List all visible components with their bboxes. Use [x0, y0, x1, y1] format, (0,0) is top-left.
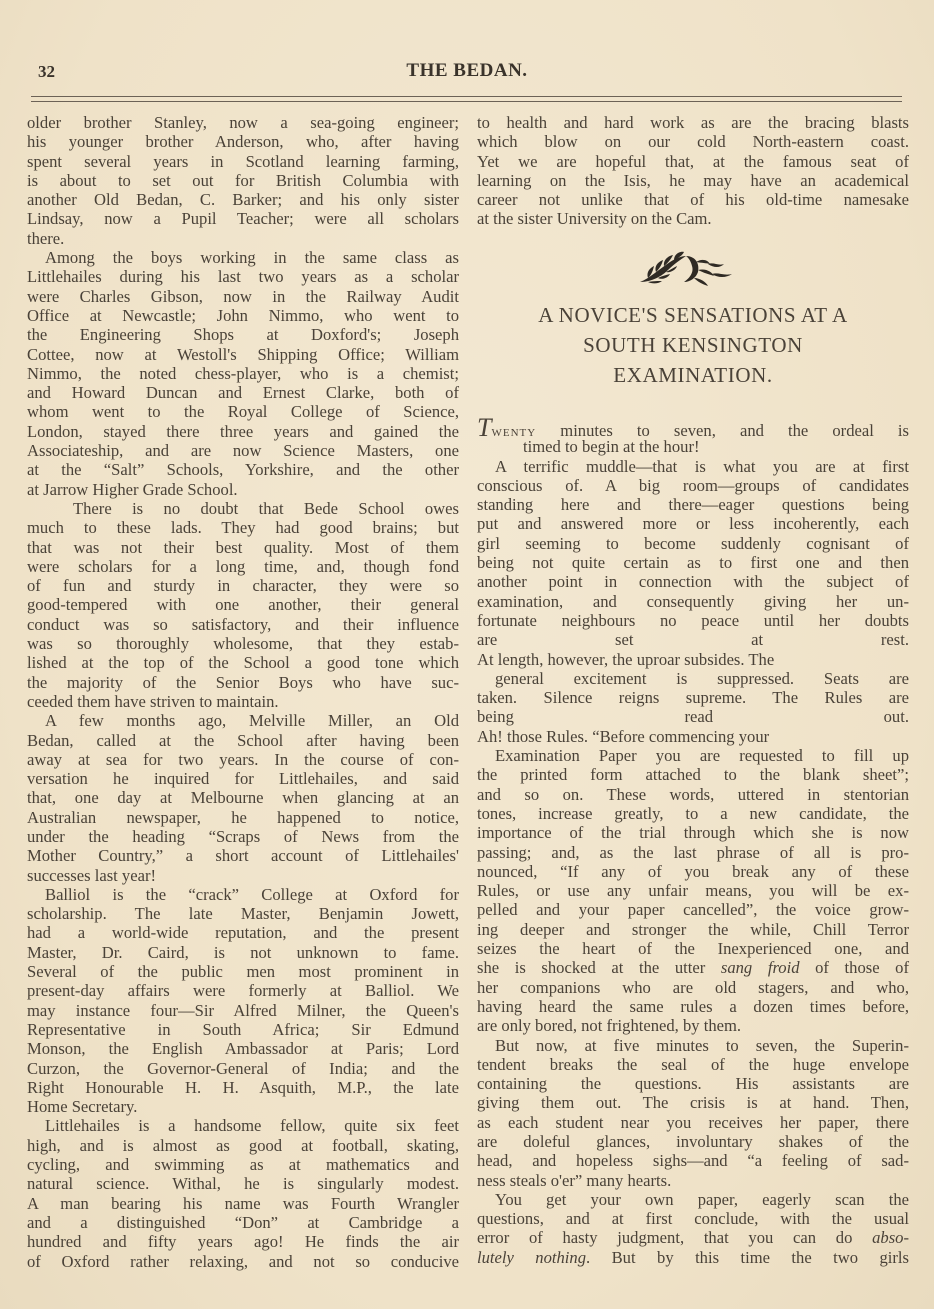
text-line: general excitement is suppressed. Seats … — [477, 669, 909, 688]
text-line: A few months ago, Melville Miller, an Ol… — [27, 711, 459, 730]
italic-phrase: lutely nothing — [477, 1248, 586, 1267]
text-line: A man bearing his name was Fourth Wrangl… — [27, 1194, 459, 1213]
text-line: Ah! those Rules. “Before commencing your — [477, 727, 909, 746]
text-line: girl seeming to become suddenly cognisan… — [477, 534, 909, 553]
text-line: You get your own paper, eagerly scan the — [477, 1190, 909, 1209]
text-line: scholarship. The late Master, Benjamin J… — [27, 904, 459, 923]
text-line: Home Secretary. — [27, 1097, 459, 1116]
text-line: of fun and sturdy in character, they wer… — [27, 576, 459, 595]
text-line: Balliol is the “crack” College at Oxford… — [27, 885, 459, 904]
text-line: as each student near you receives her pa… — [477, 1113, 909, 1132]
header-rule — [31, 96, 902, 102]
text-line: containing the questions. His assistants… — [477, 1074, 909, 1093]
article-title-line-3: EXAMINATION. — [477, 360, 909, 390]
text-line: Littlehailes during his last two years a… — [27, 267, 459, 286]
text-line: London, stayed there three years and gai… — [27, 422, 459, 441]
text-line: her companions who are old stagers, and … — [477, 978, 909, 997]
text-line: the printed form attached to the blank s… — [477, 765, 909, 784]
text-line: whom went to the Royal College of Scienc… — [27, 402, 459, 421]
text-line: being read out. — [477, 707, 909, 726]
text-line: having heard the same rules a dozen time… — [477, 997, 909, 1016]
text-line: and Howard Duncan and Ernest Clarke, bot… — [27, 383, 459, 402]
text-line: Master, Dr. Caird, is not unknown to fam… — [27, 943, 459, 962]
text-line: lished at the top of the School a good t… — [27, 653, 459, 672]
text-line: away at sea for two years. In the course… — [27, 750, 459, 769]
text-line: passing; and, as the last phrase of all … — [477, 843, 909, 862]
text-line: versation he inquired for Littlehailes, … — [27, 769, 459, 788]
text-line: There is no doubt that Bede School owes — [27, 499, 459, 518]
text-line: ing deeper and stronger the while, Chill… — [477, 920, 909, 939]
text-line: are doleful glances, involuntary shakes … — [477, 1132, 909, 1151]
text-segment: she is shocked at the utter — [477, 958, 721, 977]
text-line: Rules, or use any unfair means, you will… — [477, 881, 909, 900]
text-line: may instance four—Sir Alfred Milner, the… — [27, 1001, 459, 1020]
text-line: Office at Newcastle; John Nimmo, who wen… — [27, 306, 459, 325]
text-line: Cottee, now at Westoll's Shipping Office… — [27, 345, 459, 364]
text-line: taken. Silence reigns supreme. The Rules… — [477, 688, 909, 707]
text-line: at the “Salt” Schools, Yorkshire, and th… — [27, 460, 459, 479]
text-line: his younger brother Anderson, who, after… — [27, 132, 459, 151]
text-line: another point in connection with the sub… — [477, 572, 909, 591]
text-line: importance of the trial through which sh… — [477, 823, 909, 842]
text-line: Nimmo, the noted chess-player, who is a … — [27, 364, 459, 383]
drop-cap: T — [477, 413, 491, 442]
text-line: are only bored, not frightened, by them. — [477, 1016, 909, 1035]
text-line: standing here and there—eager questions … — [477, 495, 909, 514]
text-line: under the heading “Scraps of News from t… — [27, 827, 459, 846]
right-column: to health and hard work as are the braci… — [477, 113, 909, 229]
left-column: older brother Stanley, now a sea-going e… — [27, 113, 459, 1271]
text-line: learning on the Isis, he may have an aca… — [477, 171, 909, 190]
text-line: lutely nothing. But by this time the two… — [477, 1248, 909, 1267]
text-line: nounced, “If any of you break any of the… — [477, 862, 909, 881]
text-line: Several of the public men most prominent… — [27, 962, 459, 981]
text-line: much to these lads. They had good brains… — [27, 518, 459, 537]
text-line: Australian newspaper, he happened to not… — [27, 808, 459, 827]
text-line: pelled and your paper cancelled”, the vo… — [477, 900, 909, 919]
text-line: and a distinguished “Don” at Cambridge a — [27, 1213, 459, 1232]
text-line: at Jarrow Higher Grade School. — [27, 480, 459, 499]
text-line: Associateship, and are now Science Maste… — [27, 441, 459, 460]
text-line: at the sister University on the Cam. — [477, 209, 909, 228]
text-line: At length, however, the uproar subsides.… — [477, 650, 909, 669]
text-line: ceeded them have striven to maintain. — [27, 692, 459, 711]
text-line: head, and hopeless sighs—and “a feeling … — [477, 1151, 909, 1170]
text-line: had a world-wide reputation, and the pre… — [27, 923, 459, 942]
text-line: were Charles Gibson, now in the Railway … — [27, 287, 459, 306]
text-line: Mother Country,” a short account of Litt… — [27, 846, 459, 865]
text-segment: . But by this time the two girls — [586, 1248, 909, 1267]
article-title-line-2: SOUTH KENSINGTON — [477, 330, 909, 360]
text-line: that, one day at Melbourne when glancing… — [27, 788, 459, 807]
text-line: seizes the heart of the Inexperienced on… — [477, 939, 909, 958]
text-line: good-tempered with one another, their ge… — [27, 595, 459, 614]
article-body: TWENTY minutes to seven, and the ordeal … — [477, 418, 909, 1267]
text-line: high, and is almost as good at football,… — [27, 1136, 459, 1155]
text-line: put and answered more or less incoherent… — [477, 514, 909, 533]
italic-phrase: sang froid — [721, 958, 800, 977]
text-line: natural science. Withal, he is singularl… — [27, 1174, 459, 1193]
text-line: A terrific muddle—that is what you are a… — [477, 457, 909, 476]
page: 32 THE BEDAN. older brother Stanley, now… — [0, 0, 934, 1309]
text-line: error of hasty judgment, that you can do… — [477, 1228, 909, 1247]
text-line: conduct was so satisfactory, and their i… — [27, 615, 459, 634]
text-line: Right Honourable H. H. Asquith, M.P., th… — [27, 1078, 459, 1097]
text-line: is about to set out for British Columbia… — [27, 171, 459, 190]
text-line: tones, increase greatly, to a new candid… — [477, 804, 909, 823]
text-line: Among the boys working in the same class… — [27, 248, 459, 267]
text-line: ness steals o'er” many hearts. — [477, 1171, 909, 1190]
text-line: being not quite certain as to first one … — [477, 553, 909, 572]
text-line: and so on. These words, uttered in stent… — [477, 785, 909, 804]
text-line: there. — [27, 229, 459, 248]
text-line: spent several years in Scotland learning… — [27, 152, 459, 171]
text-line: Lindsay, now a Pupil Teacher; were all s… — [27, 209, 459, 228]
text-segment: of those of — [800, 958, 910, 977]
text-line: hundred and fifty years ago! He finds th… — [27, 1232, 459, 1251]
text-line: Monson, the English Ambassador at Paris;… — [27, 1039, 459, 1058]
text-line: Representative in South Africa; Sir Edmu… — [27, 1020, 459, 1039]
text-line: another Old Bedan, C. Barker; and his on… — [27, 190, 459, 209]
text-line: present-day affairs were formerly at Bal… — [27, 981, 459, 1000]
text-line: But now, at five minutes to seven, the S… — [477, 1036, 909, 1055]
article-title-line-1: A NOVICE'S SENSATIONS AT A — [477, 300, 909, 330]
text-line: that was not their best quality. Most of… — [27, 538, 459, 557]
italic-phrase: abso- — [872, 1228, 909, 1247]
text-line: Curzon, the Governor-General of India; a… — [27, 1059, 459, 1078]
text-line: the majority of the Senior Boys who have… — [27, 673, 459, 692]
text-line: of Oxford rather relaxing, and not so co… — [27, 1252, 459, 1271]
text-line: Littlehailes is a handsome fellow, quite… — [27, 1116, 459, 1135]
running-title: THE BEDAN. — [0, 60, 934, 82]
text-line: successes last year! — [27, 866, 459, 885]
text-line: questions, and at first conclude, with t… — [477, 1209, 909, 1228]
text-line: career not unlike that of his old-time n… — [477, 190, 909, 209]
text-line: Bedan, called at the School after having… — [27, 731, 459, 750]
text-line: timed to begin at the hour! — [477, 437, 909, 456]
text-line: were scholars for a long time, and, thou… — [27, 557, 459, 576]
text-line: Examination Paper you are requested to f… — [477, 746, 909, 765]
text-line: tendent breaks the seal of the huge enve… — [477, 1055, 909, 1074]
text-line: cycling, and swimming as at mathematics … — [27, 1155, 459, 1174]
text-line: older brother Stanley, now a sea-going e… — [27, 113, 459, 132]
text-line: are set at rest. — [477, 630, 909, 649]
fleuron-ornament-icon — [636, 248, 736, 288]
text-line: which blow on our cold North-eastern coa… — [477, 132, 909, 151]
text-line: the Engineering Shops at Doxford's; Jose… — [27, 325, 459, 344]
text-line: was so thoroughly wholesome, that they e… — [27, 634, 459, 653]
article-first-line: TWENTY minutes to seven, and the ordeal … — [477, 418, 909, 437]
text-line: to health and hard work as are the braci… — [477, 113, 909, 132]
text-line: conscious of. A big room—groups of candi… — [477, 476, 909, 495]
text-line: Yet we are hopeful that, at the famous s… — [477, 152, 909, 171]
text-line: giving them out. The crisis is at hand. … — [477, 1093, 909, 1112]
text-line: fortunate neighbours no peace until her … — [477, 611, 909, 630]
text-line: examination, and consequently giving her… — [477, 592, 909, 611]
article-title: A NOVICE'S SENSATIONS AT A SOUTH KENSING… — [477, 300, 909, 390]
text-line: she is shocked at the utter sang froid o… — [477, 958, 909, 977]
text-segment: error of hasty judgment, that you can do — [477, 1228, 872, 1247]
